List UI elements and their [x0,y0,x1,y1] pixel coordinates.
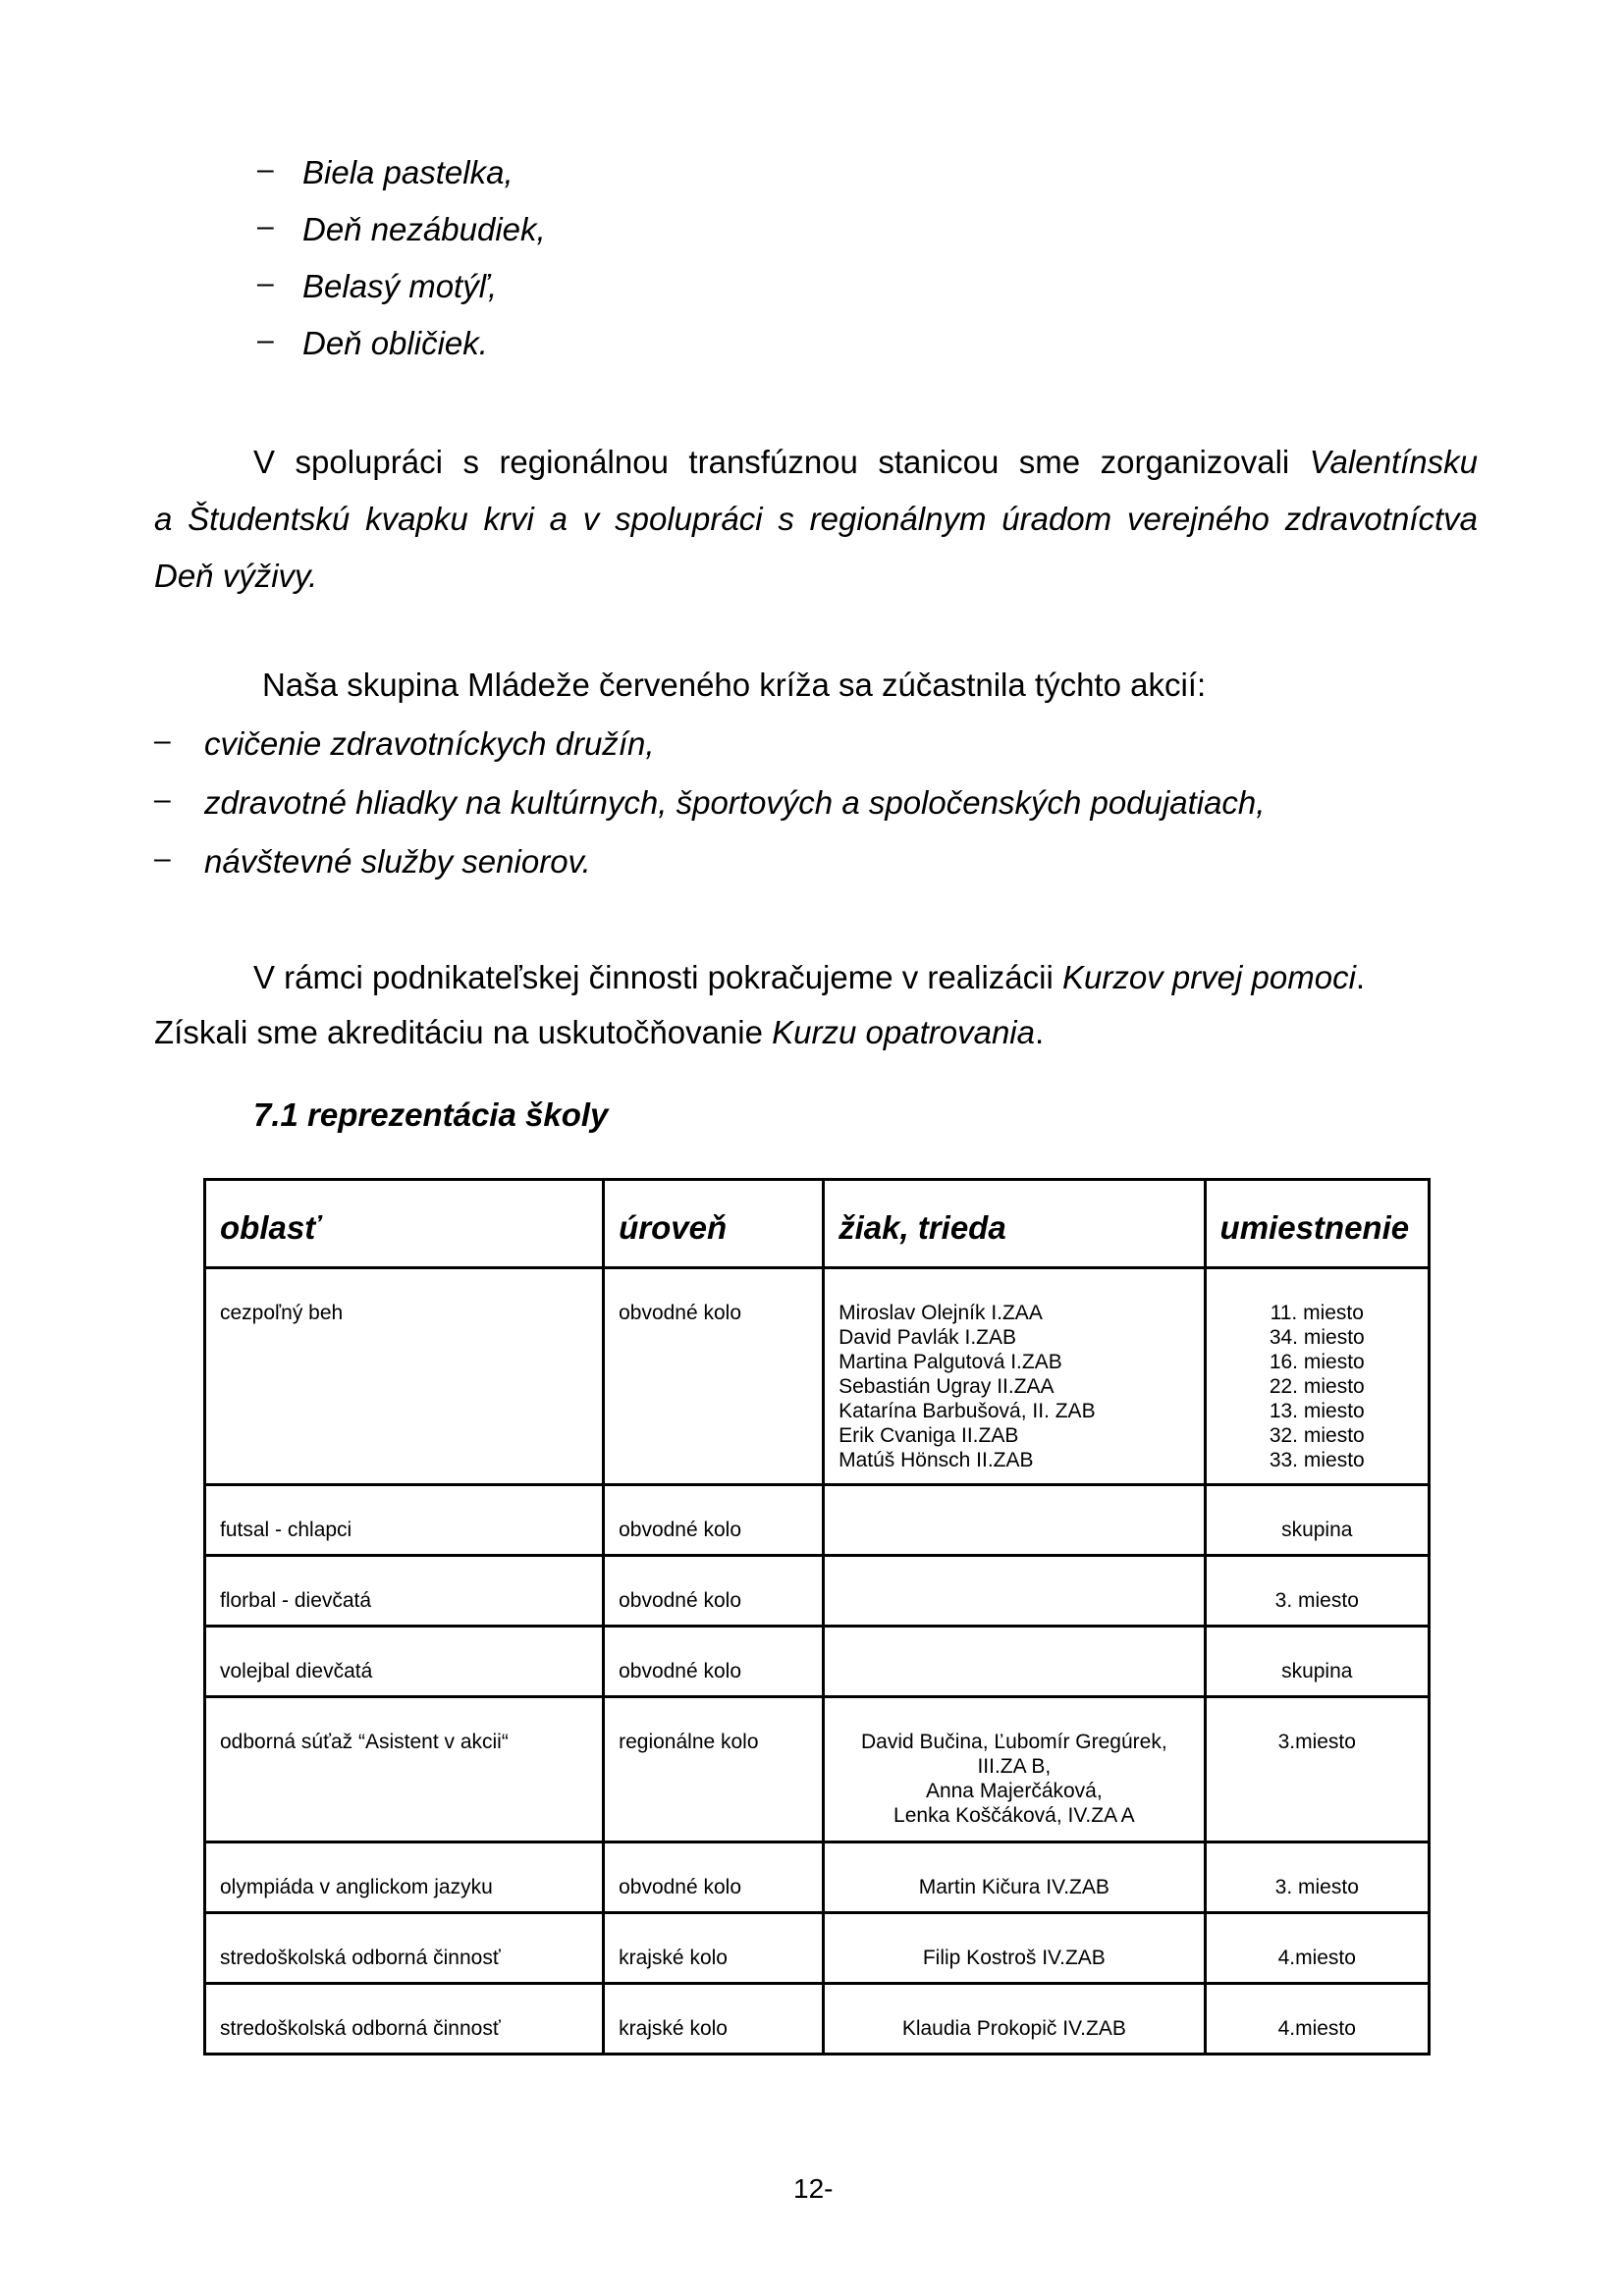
table-row: olympiáda v anglickom jazykuobvodné kolo… [205,1842,1430,1913]
cell-students: David Bučina, Ľubomír Gregúrek, III.ZA B… [824,1697,1205,1842]
table-row: stredoškolská odborná činnosťkrajské kol… [205,1984,1430,2055]
list-item: návštevné služby seniorov. [204,840,591,883]
cell-students: Filip Kostroš IV.ZAB [824,1913,1205,1984]
paragraph-line: Získali sme akreditáciu na uskutočňovani… [154,1011,1044,1054]
column-header-student: žiak, trieda [824,1180,1205,1268]
cell-placement: 3. miesto [1205,1842,1429,1913]
column-header-level: úroveň [604,1180,824,1268]
paragraph-line: V rámci podnikateľskej činnosti pokračuj… [253,956,1365,999]
cell-area: florbal - dievčatá [205,1556,604,1627]
cell-level: obvodné kolo [604,1268,824,1485]
cell-area: cezpoľný beh [205,1268,604,1485]
cell-students [824,1556,1205,1627]
cell-level: obvodné kolo [604,1556,824,1627]
list-item: Belasý motýľ, [302,265,497,308]
paragraph-italic-text: Kurzov prvej pomoci [1062,959,1356,995]
cell-area: futsal - chlapci [205,1485,604,1556]
dash-bullet: – [257,324,274,357]
paragraph-text: . [1035,1014,1044,1050]
representation-table: oblasť úroveň žiak, trieda umiestnenie c… [203,1178,1431,2056]
table-row: cezpoľný behobvodné koloMiroslav Olejník… [205,1268,1430,1485]
paragraph-text: V rámci podnikateľskej činnosti pokračuj… [253,959,1062,995]
dash-bullet: – [154,842,171,876]
dash-bullet: – [257,267,274,300]
cell-level: obvodné kolo [604,1485,824,1556]
cell-students: Miroslav Olejník I.ZAA David Pavlák I.ZA… [824,1268,1205,1485]
dash-bullet: – [154,783,171,817]
cell-students [824,1485,1205,1556]
paragraph-text: . [1356,959,1365,995]
paragraph-italic-text: Valentínsku [1310,444,1478,480]
list-item: zdravotné hliadky na kultúrnych, športov… [204,781,1265,825]
cell-students: Klaudia Prokopič IV.ZAB [824,1984,1205,2055]
cell-placement: skupina [1205,1485,1429,1556]
paragraph-intro: Naša skupina Mládeže červeného kríža sa … [262,664,1206,707]
list-item: Biela pastelka, [302,151,514,194]
page-number: 12- [793,2175,833,2198]
cell-placement: 3.miesto [1205,1697,1429,1842]
cell-students [824,1627,1205,1697]
cell-students: Martin Kičura IV.ZAB [824,1842,1205,1913]
cell-area: olympiáda v anglickom jazyku [205,1842,604,1913]
cell-placement: 3. miesto [1205,1556,1429,1627]
section-heading: 7.1 reprezentácia školy [253,1096,608,1134]
paragraph-line: a Študentskú kvapku krvi a v spolupráci … [154,491,1478,548]
cell-area: stredoškolská odborná činnosť [205,1913,604,1984]
cell-placement: skupina [1205,1627,1429,1697]
cell-level: krajské kolo [604,1984,824,2055]
table-row: volejbal dievčatáobvodné koloskupina [205,1627,1430,1697]
cell-area: stredoškolská odborná činnosť [205,1984,604,2055]
list-item: Deň nezábudiek, [302,208,546,251]
cell-level: obvodné kolo [604,1627,824,1697]
paragraph-text: Získali sme akreditáciu na uskutočňovani… [154,1014,772,1050]
dash-bullet: – [154,724,171,758]
table-row: odborná súťaž “Asistent v akcii“regionál… [205,1697,1430,1842]
paragraph-line: V spolupráci s regionálnou transfúznou s… [253,434,1478,491]
cell-area: volejbal dievčatá [205,1627,604,1697]
dash-bullet: – [257,153,274,187]
cell-placement: 11. miesto 34. miesto 16. miesto 22. mie… [1205,1268,1429,1485]
column-header-area: oblasť [205,1180,604,1268]
list-item: cvičenie zdravotníckych družín, [204,722,655,766]
table-row: stredoškolská odborná činnosťkrajské kol… [205,1913,1430,1984]
cell-level: obvodné kolo [604,1842,824,1913]
list-item: Deň obličiek. [302,322,488,365]
table-header-row: oblasť úroveň žiak, trieda umiestnenie [205,1180,1430,1268]
paragraph-italic-text: Kurzu opatrovania [772,1014,1035,1050]
table-row: futsal - chlapciobvodné koloskupina [205,1485,1430,1556]
table-row: florbal - dievčatáobvodné kolo3. miesto [205,1556,1430,1627]
cell-area: odborná súťaž “Asistent v akcii“ [205,1697,604,1842]
dash-bullet: – [257,210,274,243]
cell-level: regionálne kolo [604,1697,824,1842]
cell-level: krajské kolo [604,1913,824,1984]
cell-placement: 4.miesto [1205,1984,1429,2055]
column-header-placement: umiestnenie [1205,1180,1429,1268]
cell-placement: 4.miesto [1205,1913,1429,1984]
paragraph-text: V spolupráci s regionálnou transfúznou s… [253,444,1310,480]
paragraph-line: Deň výživy. [154,548,1478,605]
